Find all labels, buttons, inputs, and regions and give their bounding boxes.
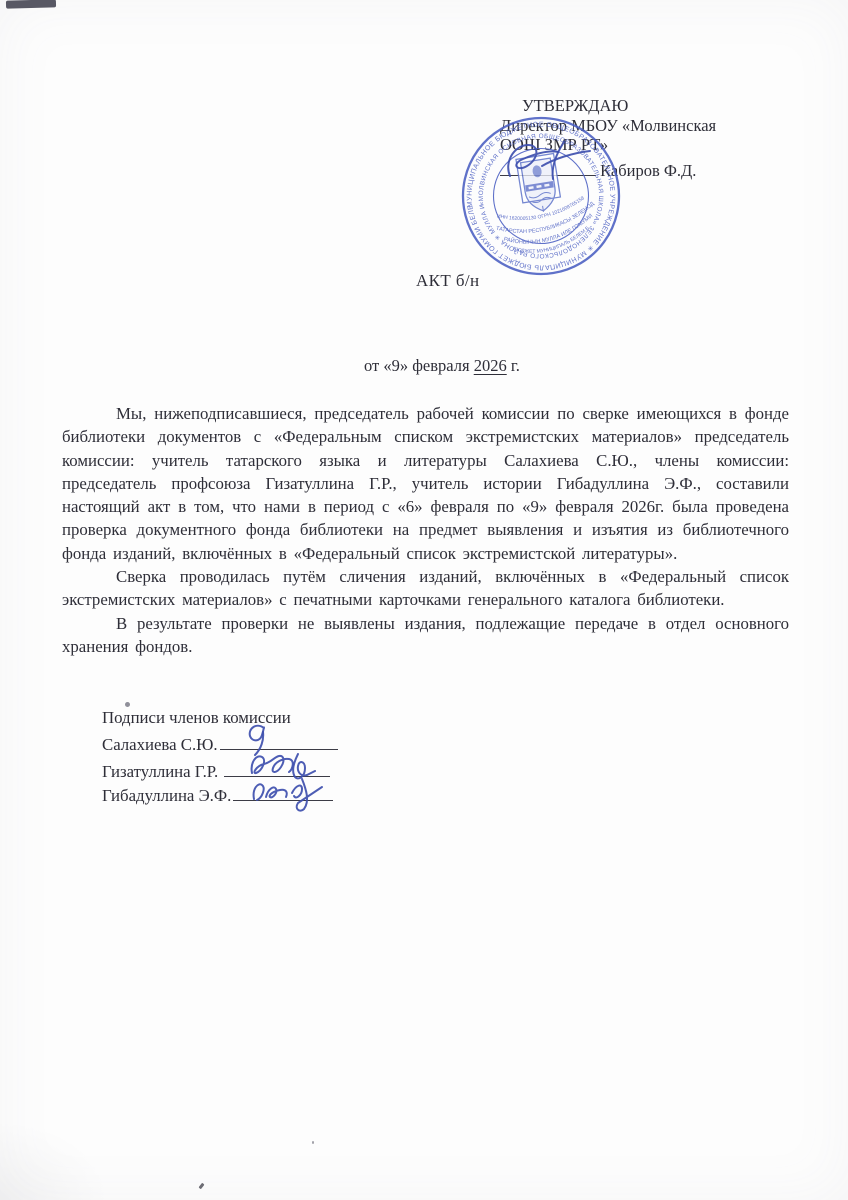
member-name: Гизатуллина Г.Р. [102,762,218,781]
director-handwritten-signature [494,134,614,190]
signatures-block: Подписи членов комиссии Салахиева С.Ю. Г… [102,708,522,805]
date-year: 2026 [474,356,507,375]
official-stamp: МУНИЦИПАЛЬНОЕ БЮДЖЕТНОЕ ОБЩЕОБРАЗОВАТЕЛЬ… [444,99,639,294]
handwritten-signature-gibadullina [244,772,336,816]
paragraph-method: Сверка проводилась путём сличения издани… [62,565,789,612]
act-body-text: Мы, нижеподписавшиеся, председатель рабо… [62,402,789,658]
scan-artifact-dot [125,702,130,707]
scan-artifact-speck [198,1183,204,1190]
member-name: Гибадуллина Э.Ф. [102,786,231,805]
signatures-heading: Подписи членов комиссии [102,708,522,727]
scanned-act-document: УТВЕРЖДАЮ Директор МБОУ «Молвинская ООШ … [0,0,848,1200]
document-date: от «9» февраля 2026 г. [364,356,520,376]
scan-artifact-speck [312,1141,314,1144]
paragraph-result: В результате проверки не выявлены издани… [62,612,789,659]
member-name: Салахиева С.Ю. [102,735,218,754]
paragraph-commission: Мы, нижеподписавшиеся, председатель рабо… [62,402,789,565]
scan-artifact-top-mark [6,0,56,9]
date-prefix: от «9» февраля [364,356,470,375]
scan-artifact-corner-shadow [0,1120,110,1200]
date-suffix: г. [511,356,520,375]
